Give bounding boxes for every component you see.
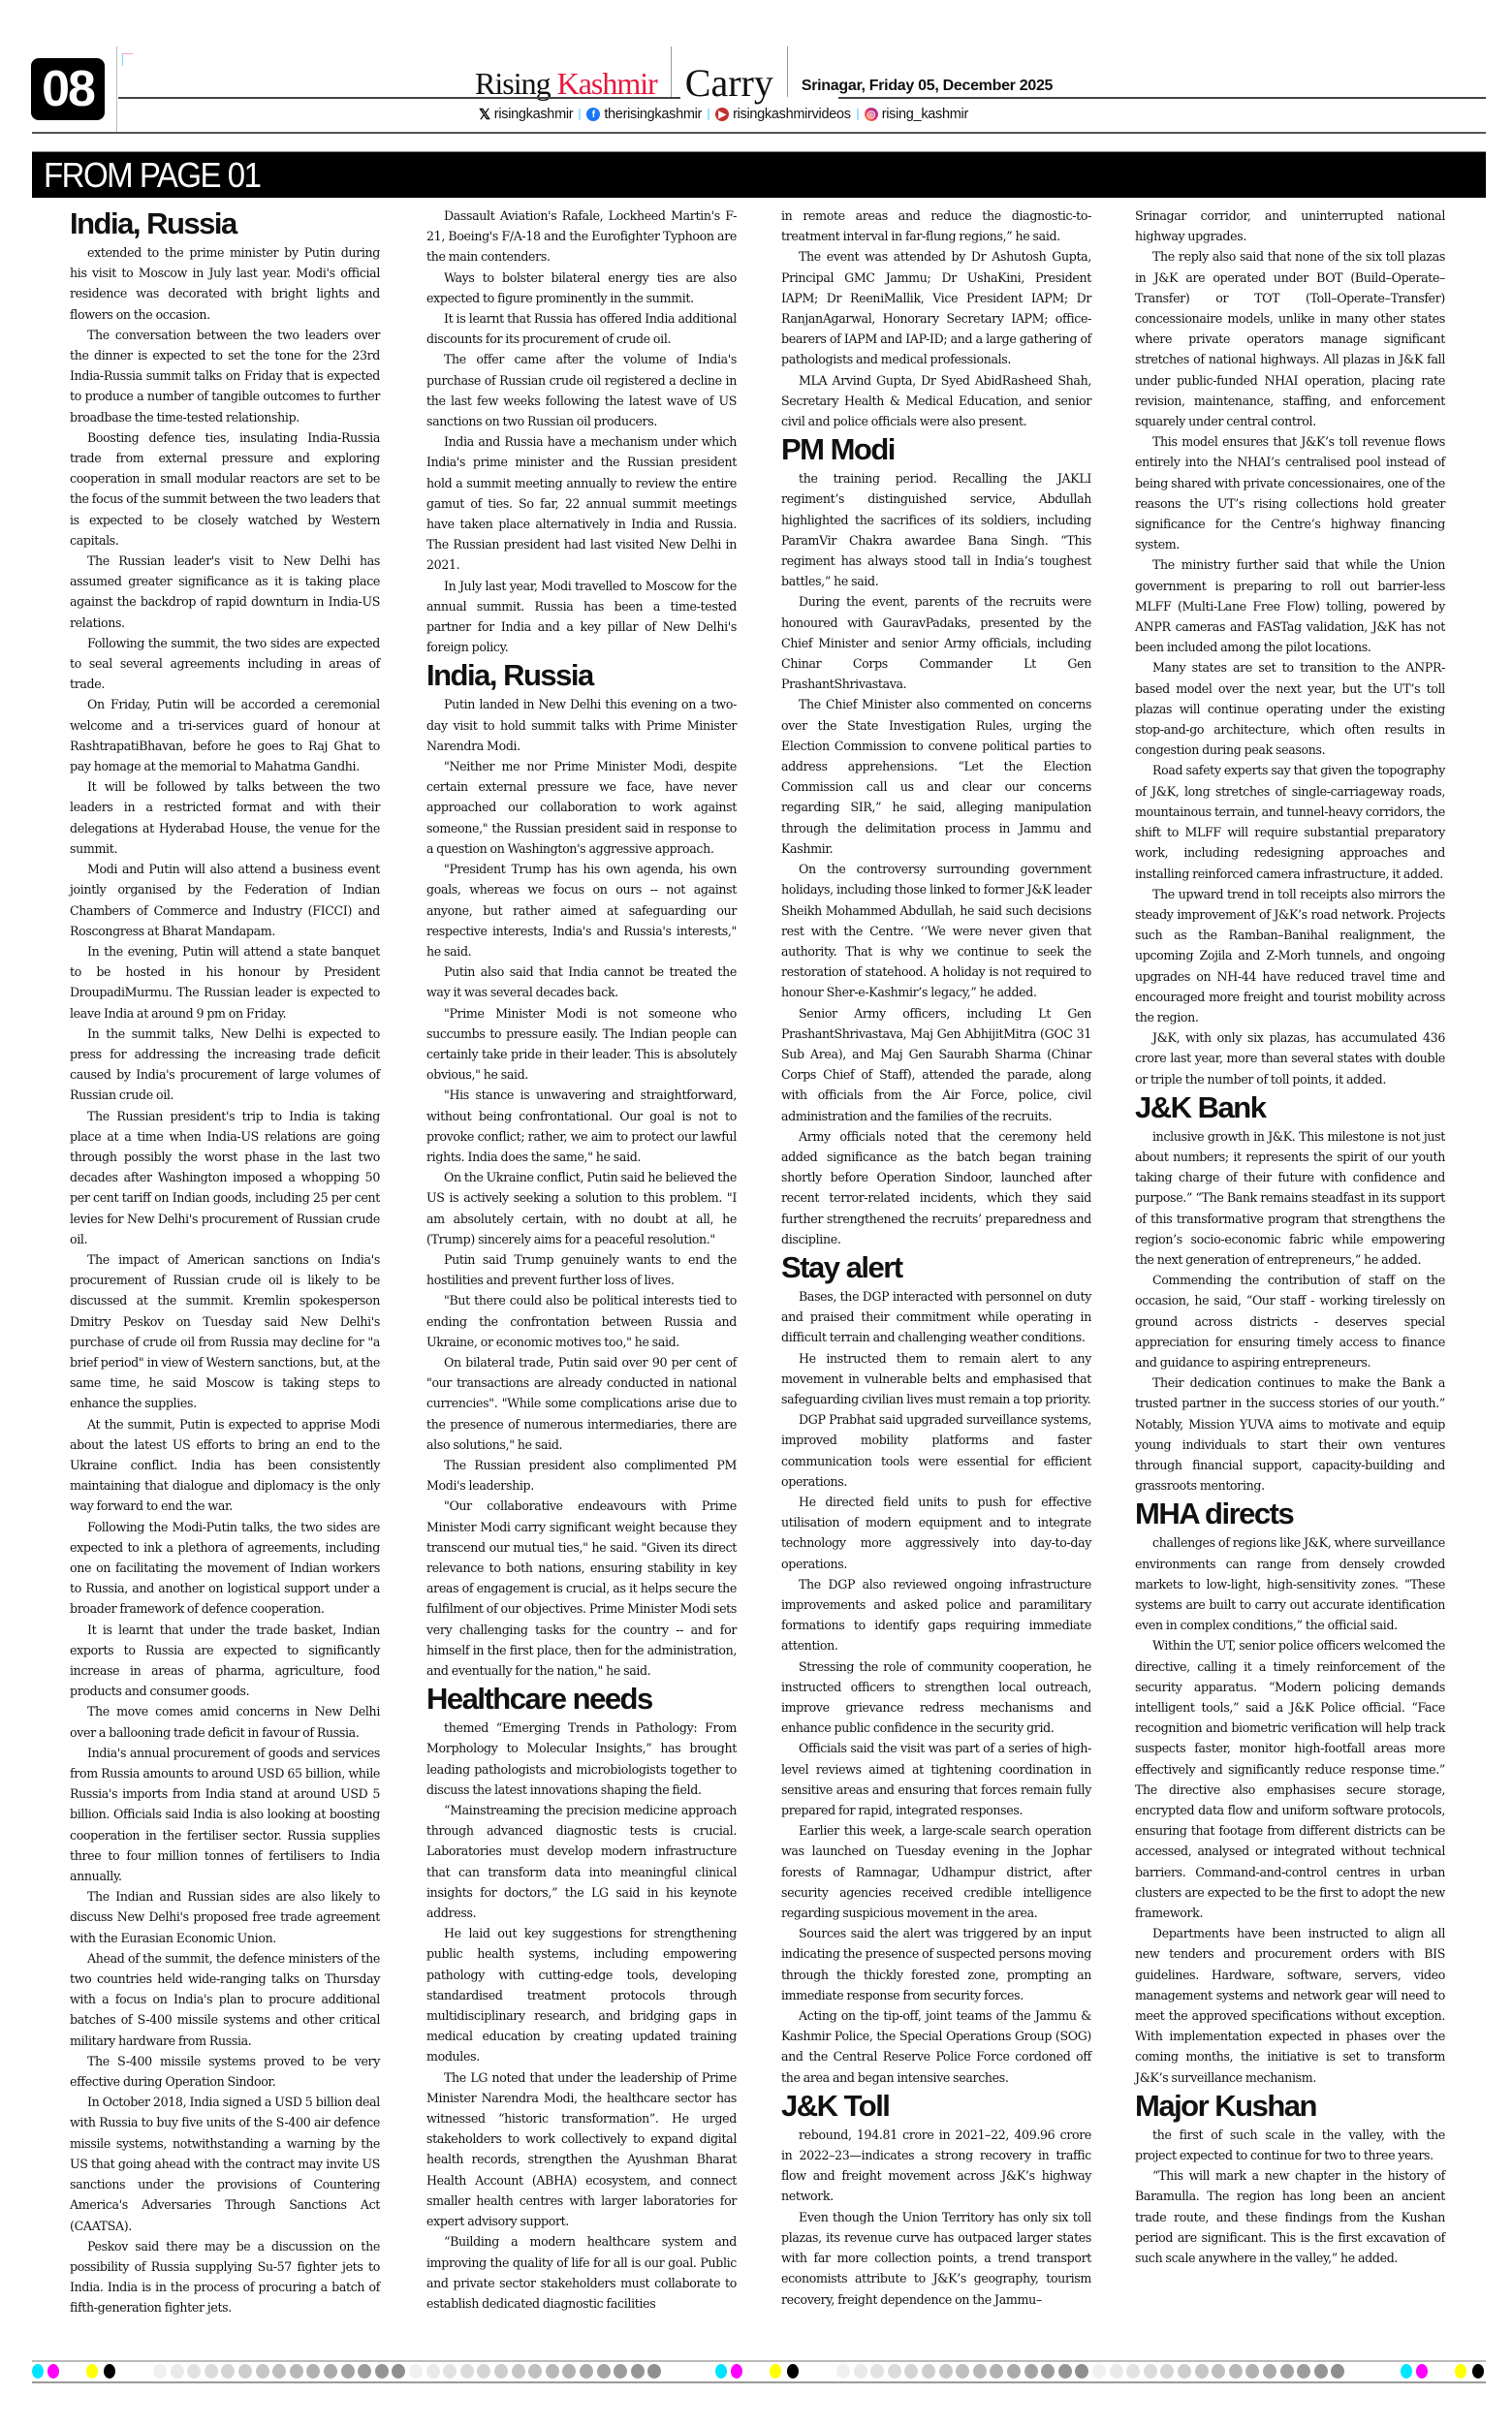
grey-step (392, 2364, 405, 2379)
x-icon: 𝕏 (479, 106, 490, 123)
brand-logo: Rising Kashmir (475, 68, 657, 105)
article-paragraph: rebound, 194.81 crore in 2021–22, 409.96… (781, 2125, 1091, 2207)
article-jump-heading: Healthcare needs (426, 1681, 737, 1718)
article-paragraph: Acting on the tip-off, joint teams of th… (781, 2005, 1091, 2088)
article-paragraph: Many states are set to transition to the… (1135, 657, 1445, 760)
article-paragraph: The ministry further said that while the… (1135, 554, 1445, 657)
grey-step (1007, 2364, 1021, 2379)
social-handle: risingkashmirvideos (733, 107, 851, 122)
article-paragraph: "His stance is unwavering and straightfo… (426, 1085, 737, 1167)
grey-step (614, 2364, 627, 2379)
grey-step (1229, 2364, 1243, 2379)
color-swatch (1416, 2364, 1428, 2379)
grey-step (922, 2364, 935, 2379)
grey-step (1280, 2364, 1294, 2379)
color-swatch (787, 2364, 799, 2379)
article-paragraph: At the summit, Putin is expected to appr… (70, 1414, 380, 1517)
grey-step (562, 2364, 576, 2379)
grey-step (647, 2364, 661, 2379)
header-divider (116, 47, 117, 134)
article-paragraph: Dassault Aviation's Rafale, Lockheed Mar… (426, 205, 737, 268)
grey-step (854, 2364, 867, 2379)
brand-second-word: Kashmir (557, 66, 657, 101)
grey-step (290, 2364, 303, 2379)
article-paragraph: In the summit talks, New Delhi is expect… (70, 1024, 380, 1106)
grey-step (990, 2364, 1003, 2379)
article-paragraph: In October 2018, India signed a USD 5 bi… (70, 2092, 380, 2235)
color-swatch (104, 2364, 115, 2379)
article-paragraph: Putin landed in New Delhi this evening o… (426, 694, 737, 756)
color-swatch (32, 2364, 44, 2379)
grey-step (512, 2364, 525, 2379)
article-paragraph: On the Ukraine conflict, Putin said he b… (426, 1167, 737, 1249)
article-paragraph: The event was attended by Dr Ashutosh Gu… (781, 246, 1091, 369)
article-paragraph: It is learnt that under the trade basket… (70, 1620, 380, 1702)
grey-step (221, 2364, 235, 2379)
youtube-icon: ▶ (715, 108, 729, 121)
article-paragraph: He laid out key suggestions for strength… (426, 1923, 737, 2066)
article-paragraph: Ahead of the summit, the defence ministe… (70, 1948, 380, 2051)
article-paragraph: MLA Arvind Gupta, Dr Syed AbidRasheed Sh… (781, 370, 1091, 432)
grey-step (973, 2364, 987, 2379)
grey-step (426, 2364, 440, 2379)
grey-step (256, 2364, 269, 2379)
article-paragraph: The impact of American sanctions on Indi… (70, 1249, 380, 1414)
grey-step (836, 2364, 850, 2379)
registration-mark (122, 53, 133, 66)
grey-step (460, 2364, 474, 2379)
article-paragraph: J&K, with only six plazas, has accumulat… (1135, 1027, 1445, 1089)
article-jump-heading: J&K Bank (1135, 1089, 1445, 1126)
color-swatch (731, 2364, 742, 2379)
article-paragraph: The LG noted that under the leadership o… (426, 2067, 737, 2232)
article-paragraph: inclusive growth in J&K. This milestone … (1135, 1126, 1445, 1270)
article-paragraph: India's annual procurement of goods and … (70, 1743, 380, 1886)
article-paragraph: The offer came after the volume of India… (426, 349, 737, 431)
article-paragraph: Officials said the visit was part of a s… (781, 1738, 1091, 1820)
article-paragraph: Commending the contribution of staff on … (1135, 1270, 1445, 1372)
grey-step (153, 2364, 167, 2379)
social-handle: rising_kashmir (882, 107, 968, 122)
social-facebook[interactable]: f therisingkashmir (586, 107, 702, 122)
grey-step (1160, 2364, 1174, 2379)
grey-step (1144, 2364, 1157, 2379)
article-paragraph: Within the UT, senior police officers we… (1135, 1635, 1445, 1923)
grey-step (409, 2364, 423, 2379)
grey-step (341, 2364, 355, 2379)
color-swatch (1455, 2364, 1466, 2379)
grey-step (888, 2364, 901, 2379)
article-paragraph: Putin also said that India cannot be tre… (426, 961, 737, 1002)
article-paragraph: In July last year, Modi travelled to Mos… (426, 576, 737, 658)
article-paragraph: themed “Emerging Trends in Pathology: Fr… (426, 1718, 737, 1800)
article-paragraph: The move comes amid concerns in New Delh… (70, 1701, 380, 1742)
grey-step (494, 2364, 508, 2379)
article-paragraph: The DGP also reviewed ongoing infrastruc… (781, 1574, 1091, 1656)
grey-step (1212, 2364, 1225, 2379)
article-paragraph: The Russian president's trip to India is… (70, 1106, 380, 1249)
article-paragraph: the first of such scale in the valley, w… (1135, 2125, 1445, 2165)
article-paragraph: Senior Army officers, including Lt Gen P… (781, 1003, 1091, 1126)
article-paragraph: Peskov said there may be a discussion on… (70, 2236, 380, 2318)
article-paragraph: Earlier this week, a large-scale search … (781, 1820, 1091, 1923)
grey-step (1195, 2364, 1209, 2379)
header-rule-left (118, 97, 680, 99)
grey-step (1178, 2364, 1191, 2379)
grey-step (1126, 2364, 1140, 2379)
color-swatch (1472, 2364, 1484, 2379)
grey-step (443, 2364, 457, 2379)
article-paragraph: "Our collaborative endeavours with Prime… (426, 1496, 737, 1681)
article-paragraph: During the event, parents of the recruit… (781, 591, 1091, 694)
grey-step (904, 2364, 918, 2379)
social-separator (708, 109, 709, 120)
social-youtube[interactable]: ▶ risingkashmirvideos (715, 107, 851, 122)
grey-step (375, 2364, 389, 2379)
grey-step (546, 2364, 559, 2379)
article-paragraph: "President Trump has his own agenda, his… (426, 859, 737, 961)
grey-step (870, 2364, 884, 2379)
article-paragraph: in remote areas and reduce the diagnosti… (781, 205, 1091, 246)
grey-step (939, 2364, 953, 2379)
article-paragraph: The conversation between the two leaders… (70, 325, 380, 427)
article-jump-heading: PM Modi (781, 431, 1091, 468)
brand-first-word: Rising (475, 66, 551, 101)
social-handle: risingkashmir (494, 107, 574, 122)
article-paragraph: On bilateral trade, Putin said over 90 p… (426, 1352, 737, 1455)
article-paragraph: Army officials noted that the ceremony h… (781, 1126, 1091, 1249)
grey-step (631, 2364, 645, 2379)
article-paragraph: “Mainstreaming the precision medicine ap… (426, 1800, 737, 1923)
article-paragraph: Sources said the alert was triggered by … (781, 1923, 1091, 2005)
article-paragraph: This model ensures that J&K’s toll reven… (1135, 431, 1445, 554)
grey-step (1314, 2364, 1328, 2379)
grey-step (272, 2364, 286, 2379)
social-links: 𝕏 risingkashmir f therisingkashmir ▶ ris… (479, 106, 968, 123)
article-paragraph: On Friday, Putin will be accorded a cere… (70, 694, 380, 776)
color-swatch (715, 2364, 727, 2379)
grey-step (1075, 2364, 1088, 2379)
grey-step (580, 2364, 593, 2379)
grey-step (1245, 2364, 1259, 2379)
grey-step (597, 2364, 611, 2379)
section-separator (787, 47, 788, 97)
article-paragraph: He directed field units to push for effe… (781, 1492, 1091, 1574)
grey-step (1110, 2364, 1123, 2379)
article-paragraph: "But there could also be political inter… (426, 1290, 737, 1352)
article-jump-heading: Major Kushan (1135, 2088, 1445, 2125)
dateline: Srinagar, Friday 05, December 2025 (802, 78, 1053, 105)
article-paragraph: The S-400 missile systems proved to be v… (70, 2051, 380, 2092)
article-paragraph: Putin said Trump genuinely wants to end … (426, 1249, 737, 1290)
article-paragraph: He instructed them to remain alert to an… (781, 1348, 1091, 1410)
grey-step (528, 2364, 542, 2379)
article-paragraph: The Chief Minister also commented on con… (781, 694, 1091, 859)
article-paragraph: The upward trend in toll receipts also m… (1135, 884, 1445, 1027)
section-banner: FROM PAGE 01 (32, 151, 1486, 198)
article-paragraph: It is learnt that Russia has offered Ind… (426, 308, 737, 349)
article-jump-heading: J&K Toll (781, 2088, 1091, 2125)
grey-step (205, 2364, 218, 2379)
article-paragraph: The reply also said that none of the six… (1135, 246, 1445, 431)
article-paragraph: In the evening, Putin will attend a stat… (70, 941, 380, 1024)
article-jump-heading: MHA directs (1135, 1496, 1445, 1532)
article-column-1: India, Russiaextended to the prime minis… (70, 205, 380, 2318)
article-paragraph: The Indian and Russian sides are also li… (70, 1886, 380, 1948)
color-swatch (86, 2364, 98, 2379)
grey-step (1024, 2364, 1038, 2379)
article-paragraph: "Neither me nor Prime Minister Modi, des… (426, 756, 737, 859)
article-paragraph: challenges of regions like J&K, where su… (1135, 1532, 1445, 1635)
article-paragraph: Following the Modi-Putin talks, the two … (70, 1517, 380, 1620)
article-jump-heading: Stay alert (781, 1249, 1091, 1286)
grey-step (306, 2364, 320, 2379)
article-paragraph: Even though the Union Territory has only… (781, 2207, 1091, 2310)
grey-step (358, 2364, 371, 2379)
article-paragraph: Stressing the role of community cooperat… (781, 1656, 1091, 1739)
grey-step (1058, 2364, 1072, 2379)
grey-step (1092, 2364, 1106, 2379)
grey-step (171, 2364, 184, 2379)
article-paragraph: Boosting defence ties, insulating India-… (70, 427, 380, 551)
color-swatch (47, 2364, 59, 2379)
article-paragraph: The Russian president also complimented … (426, 1455, 737, 1496)
article-paragraph: Following the summit, the two sides are … (70, 633, 380, 695)
article-paragraph: DGP Prabhat said upgraded surveillance s… (781, 1409, 1091, 1492)
header-rule-right (838, 97, 1486, 99)
article-paragraph: Bases, the DGP interacted with personnel… (781, 1286, 1091, 1348)
article-jump-heading: India, Russia (426, 657, 737, 694)
grey-step (1331, 2364, 1344, 2379)
article-paragraph: "Prime Minister Modi is not someone who … (426, 1003, 737, 1086)
article-paragraph: Departments have been instructed to alig… (1135, 1923, 1445, 2088)
header-rule-bottom (32, 132, 1486, 134)
article-paragraph: Road safety experts say that given the t… (1135, 760, 1445, 883)
grey-step (956, 2364, 969, 2379)
article-column-2: Dassault Aviation's Rafale, Lockheed Mar… (426, 205, 737, 2314)
social-separator (857, 109, 859, 120)
social-separator (579, 109, 581, 120)
instagram-icon: ◎ (865, 108, 878, 121)
article-jump-heading: India, Russia (70, 205, 380, 242)
color-swatch (1401, 2364, 1412, 2379)
article-paragraph: “This will mark a new chapter in the his… (1135, 2165, 1445, 2268)
grey-step (324, 2364, 337, 2379)
grey-step (238, 2364, 252, 2379)
color-swatch (770, 2364, 781, 2379)
article-paragraph: “Building a modern healthcare system and… (426, 2231, 737, 2314)
article-paragraph: Their dedication continues to make the B… (1135, 1372, 1445, 1496)
article-paragraph: Srinagar corridor, and uninterrupted nat… (1135, 205, 1445, 246)
facebook-icon: f (586, 108, 600, 121)
page-number: 08 (31, 58, 105, 120)
grey-step (477, 2364, 490, 2379)
article-paragraph: the training period. Recalling the JAKLI… (781, 468, 1091, 591)
social-instagram[interactable]: ◎ rising_kashmir (865, 107, 968, 122)
article-column-4: Srinagar corridor, and uninterrupted nat… (1135, 205, 1445, 2268)
banner-label: FROM PAGE 01 (44, 155, 260, 196)
grey-step (1263, 2364, 1276, 2379)
social-x[interactable]: 𝕏 risingkashmir (479, 106, 573, 123)
grey-step (1297, 2364, 1310, 2379)
article-paragraph: Ways to bolster bilateral energy ties ar… (426, 268, 737, 308)
grey-step (187, 2364, 201, 2379)
article-paragraph: It will be followed by talks between the… (70, 776, 380, 859)
article-paragraph: The Russian leader's visit to New Delhi … (70, 551, 380, 633)
article-paragraph: On the controversy surrounding governmen… (781, 859, 1091, 1002)
article-paragraph: India and Russia have a mechanism under … (426, 431, 737, 575)
article-paragraph: extended to the prime minister by Putin … (70, 242, 380, 325)
section-title: Carry (685, 64, 773, 105)
brand-separator (671, 47, 672, 97)
printer-color-bar (32, 2360, 1486, 2383)
grey-step (1041, 2364, 1055, 2379)
article-paragraph: Modi and Putin will also attend a busine… (70, 859, 380, 941)
article-column-3: in remote areas and reduce the diagnosti… (781, 205, 1091, 2310)
social-handle: therisingkashmir (604, 107, 702, 122)
